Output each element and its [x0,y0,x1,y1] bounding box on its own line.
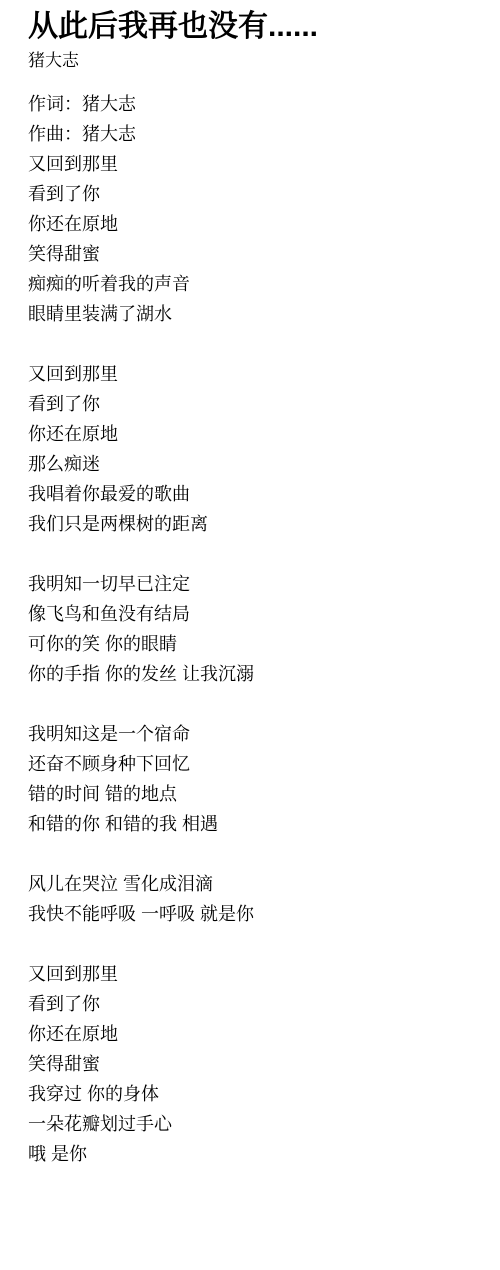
credits-block: 作词：猪大志 作曲：猪大志 [28,89,472,149]
lyric-line: 还奋不顾身种下回忆 [28,749,472,779]
lyric-line: 痴痴的听着我的声音 [28,269,472,299]
lyric-line: 那么痴迷 [28,449,472,479]
lyric-line: 风儿在哭泣 雪化成泪滴 [28,869,472,899]
lyric-line: 我唱着你最爱的歌曲 [28,479,472,509]
lyric-line: 看到了你 [28,179,472,209]
lyric-line: 眼睛里装满了湖水 [28,299,472,329]
lyric-line: 可你的笑 你的眼睛 [28,629,472,659]
artist-name: 猪大志 [28,49,472,73]
lyrics-page: 从此后我再也没有...... 猪大志 作词：猪大志 作曲：猪大志 又回到那里看到… [0,0,500,1270]
lyric-stanza: 我明知这是一个宿命还奋不顾身种下回忆错的时间 错的地点和错的你 和错的我 相遇 [28,719,472,839]
lyric-line: 你的手指 你的发丝 让我沉溺 [28,659,472,689]
lyric-line: 我明知这是一个宿命 [28,719,472,749]
lyric-line: 笑得甜蜜 [28,239,472,269]
lyric-line: 又回到那里 [28,359,472,389]
lyric-line: 和错的你 和错的我 相遇 [28,809,472,839]
lyrics-body: 作词：猪大志 作曲：猪大志 又回到那里看到了你你还在原地笑得甜蜜痴痴的听着我的声… [28,89,472,1169]
lyric-line: 又回到那里 [28,959,472,989]
lyric-line: 你还在原地 [28,209,472,239]
lyric-stanza: 风儿在哭泣 雪化成泪滴我快不能呼吸 一呼吸 就是你 [28,869,472,929]
lyric-line: 我快不能呼吸 一呼吸 就是你 [28,899,472,929]
lyric-line: 一朵花瓣划过手心 [28,1109,472,1139]
page-title: 从此后我再也没有...... [28,9,472,46]
lyric-line: 你还在原地 [28,419,472,449]
lyric-line: 你还在原地 [28,1019,472,1049]
lyrics-stanzas: 又回到那里看到了你你还在原地笑得甜蜜痴痴的听着我的声音眼睛里装满了湖水又回到那里… [28,149,472,1169]
lyric-line: 看到了你 [28,389,472,419]
lyric-stanza: 我明知一切早已注定像飞鸟和鱼没有结局可你的笑 你的眼睛你的手指 你的发丝 让我沉… [28,569,472,689]
lyric-line: 笑得甜蜜 [28,1049,472,1079]
lyric-stanza: 又回到那里看到了你你还在原地那么痴迷我唱着你最爱的歌曲我们只是两棵树的距离 [28,359,472,539]
lyric-line: 错的时间 错的地点 [28,779,472,809]
lyric-line: 我穿过 你的身体 [28,1079,472,1109]
lyric-line: 我们只是两棵树的距离 [28,509,472,539]
lyric-stanza: 又回到那里看到了你你还在原地笑得甜蜜我穿过 你的身体一朵花瓣划过手心哦 是你 [28,959,472,1169]
credit-composer: 作曲：猪大志 [28,119,472,149]
lyric-line: 我明知一切早已注定 [28,569,472,599]
lyric-line: 看到了你 [28,989,472,1019]
credit-lyricist: 作词：猪大志 [28,89,472,119]
lyric-stanza: 又回到那里看到了你你还在原地笑得甜蜜痴痴的听着我的声音眼睛里装满了湖水 [28,149,472,329]
lyric-line: 又回到那里 [28,149,472,179]
lyric-line: 哦 是你 [28,1139,472,1169]
lyric-line: 像飞鸟和鱼没有结局 [28,599,472,629]
